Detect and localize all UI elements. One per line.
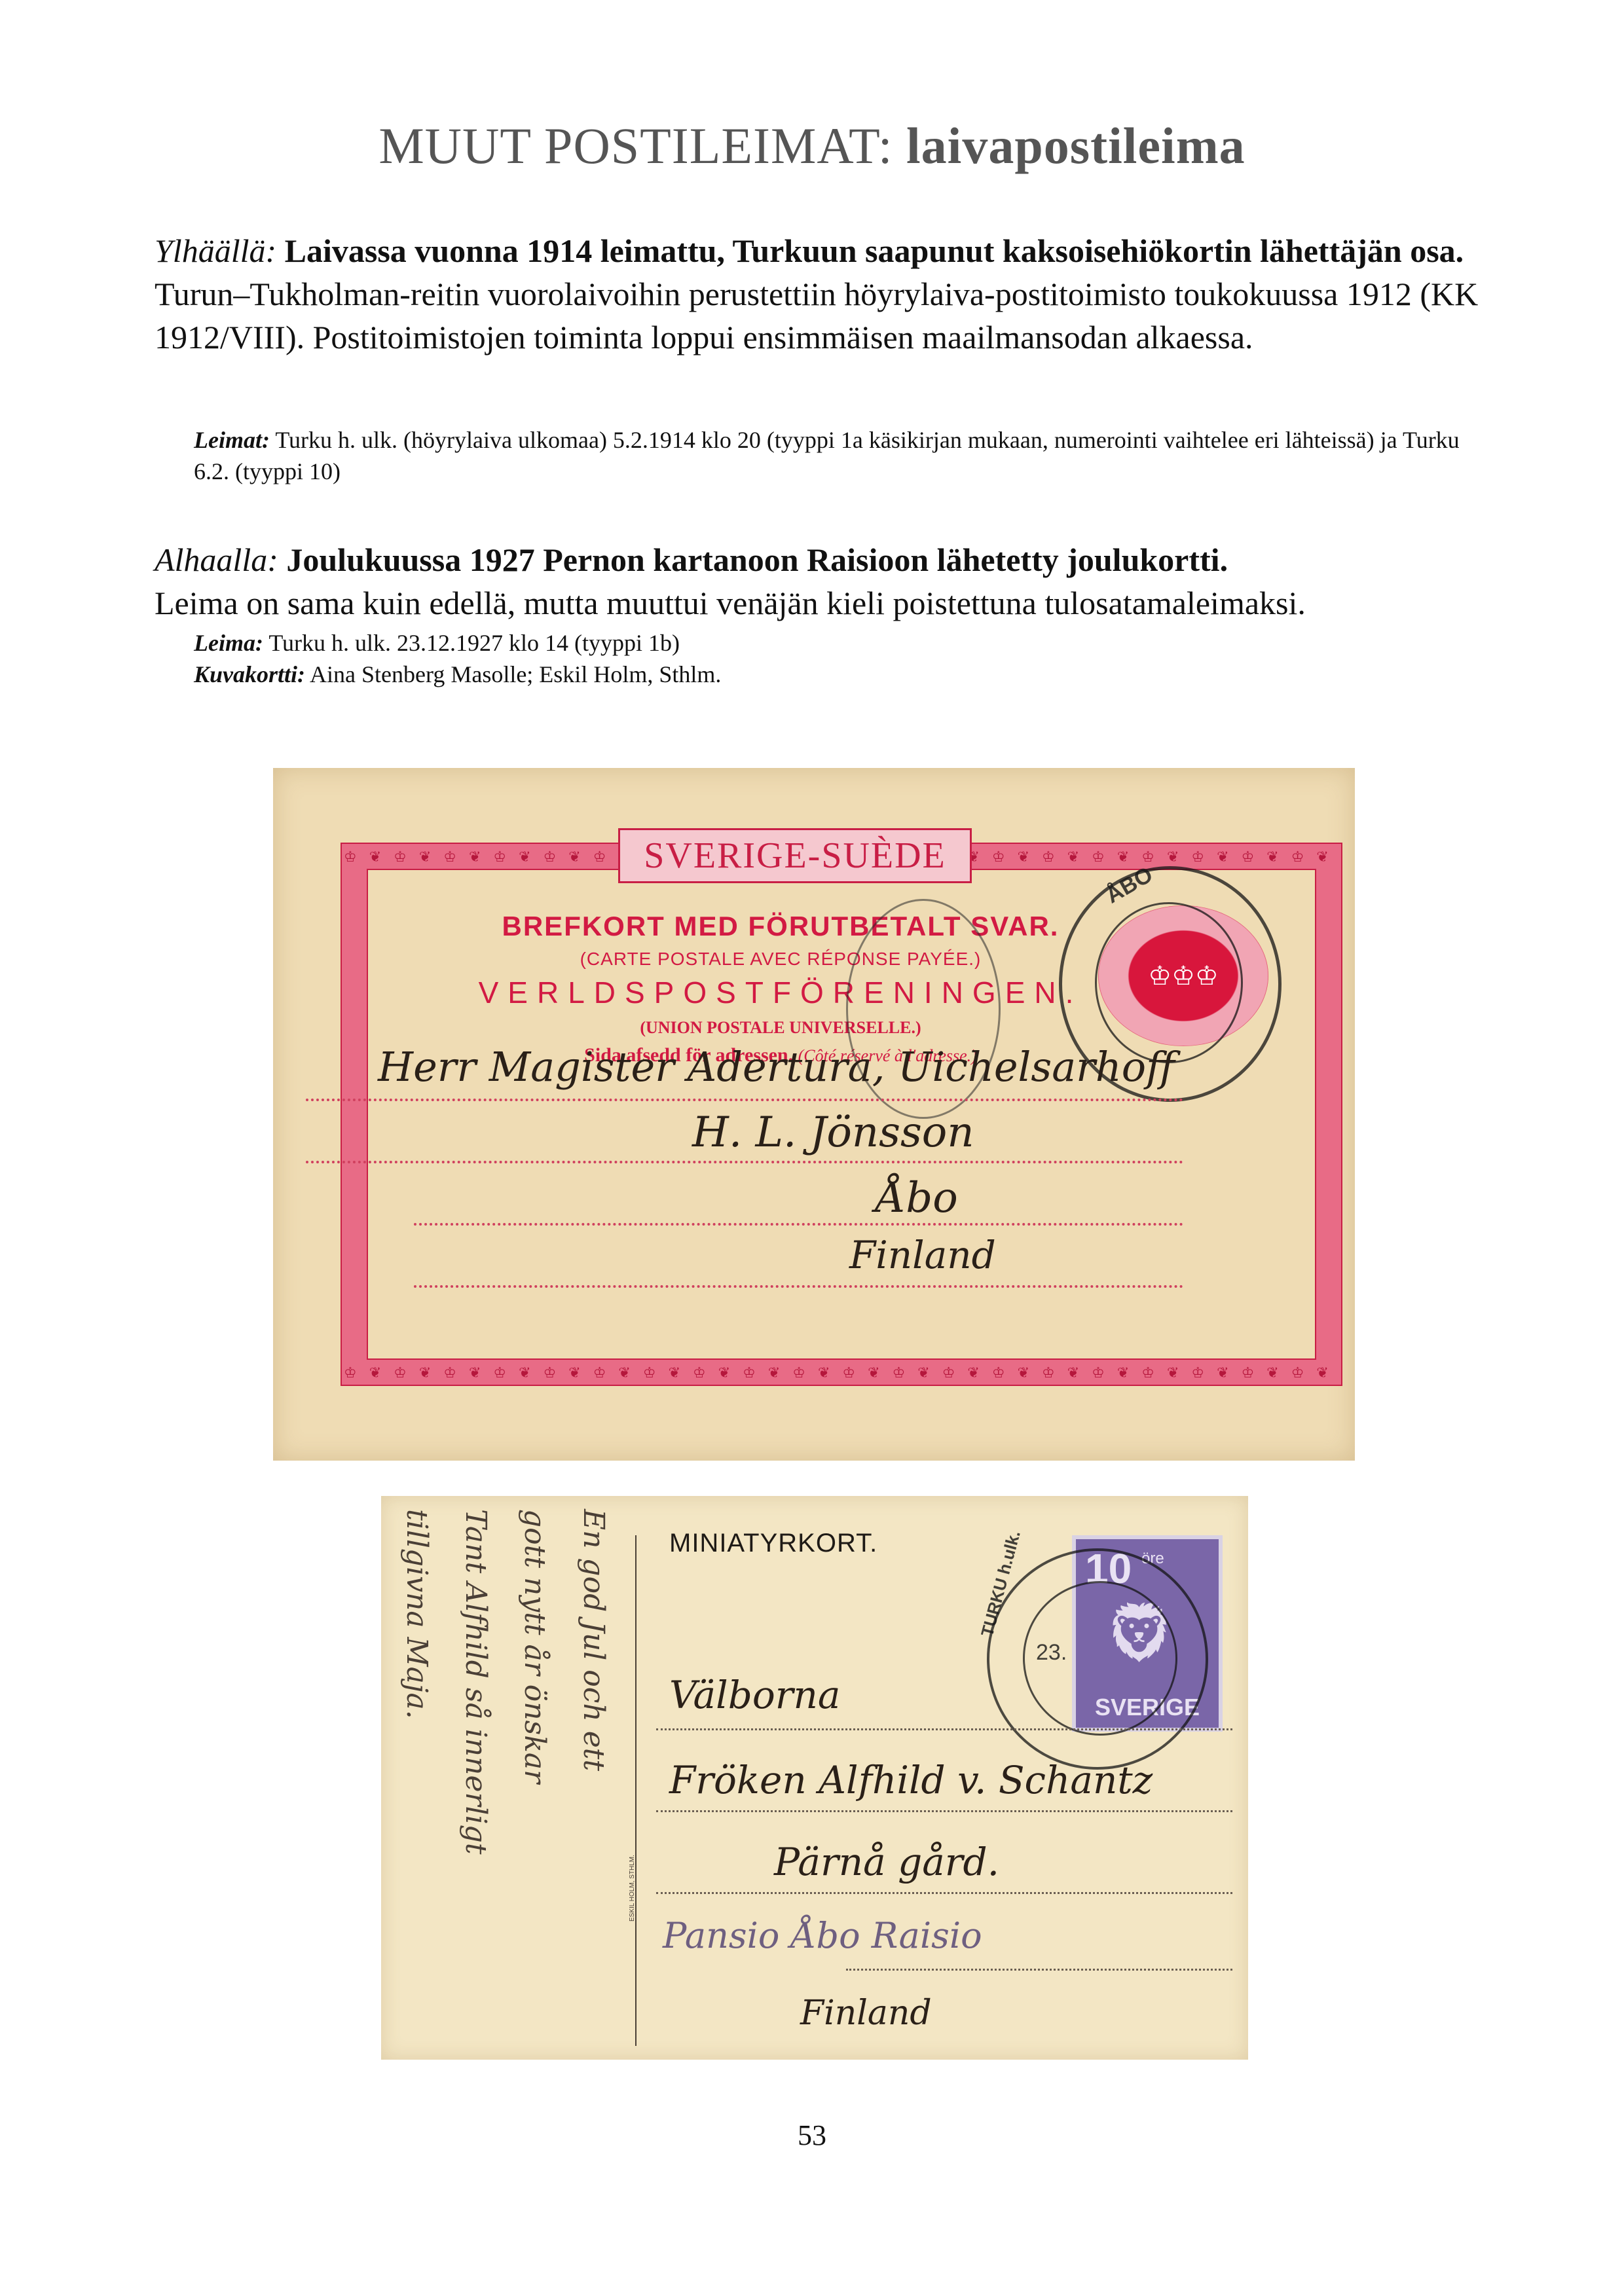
postmark-date: 23.: [1036, 1640, 1067, 1666]
address-line-4: [846, 1969, 1232, 1971]
greeting-line-4: tillgivna Maja.: [400, 1509, 434, 1719]
handwritten-address-line-4: Finland: [849, 1233, 996, 1277]
postcard-1927-image: MINIATYRKORT. ESKIL HOLM, STHLM. 10 öre …: [381, 1496, 1248, 2060]
address-line-3: [414, 1223, 1183, 1226]
card-union: VERLDSPOSTFÖRENINGEN.: [391, 975, 1170, 1010]
bottom-section-notes: Leima: Turku h. ulk. 23.12.1927 klo 14 (…: [194, 627, 1477, 690]
handwritten-address-line-3: Pärnå gård.: [774, 1840, 999, 1884]
page-number: 53: [0, 2119, 1624, 2152]
handwritten-address-line-1: Välborna: [669, 1673, 840, 1717]
greeting-line-1: En god Jul och ett: [577, 1509, 610, 1771]
top-note-text: Turku h. ulk. (höyrylaiva ulkomaa) 5.2.1…: [194, 427, 1460, 484]
card-printed-text: BREFKORT MED FÖRUTBETALT SVAR. (CARTE PO…: [391, 768, 1170, 1161]
handwritten-address-line-4: Pansio Åbo Raisio: [663, 1915, 982, 1956]
bottom-note-1-text: Turku h. ulk. 23.12.1927 klo 14 (tyyppi …: [268, 630, 680, 656]
handwritten-address-line-5: Finland: [800, 1994, 932, 2033]
top-section-body: Turun–Tukholman-reitin vuorolaivoihin pe…: [155, 276, 1478, 355]
bottom-section-headline: Joulukuussa 1927 Pernon kartanoon Raisio…: [286, 541, 1228, 578]
handwritten-address-line-1: Herr Magister Adertura, Uichelsarhoff: [378, 1043, 1175, 1091]
handwritten-greeting: En god Jul och ett gott nytt år önskar T…: [394, 1509, 630, 2046]
page-title-main: MUUT POSTILEIMAT:: [378, 117, 893, 174]
bottom-section-paragraph: Alhaalla: Joulukuussa 1927 Pernon kartan…: [155, 538, 1490, 625]
top-section-note: Leimat: Turku h. ulk. (höyrylaiva ulkoma…: [194, 424, 1477, 487]
message-divider-line: [635, 1535, 637, 2046]
page-title-suffix: laivapostileima: [906, 117, 1246, 174]
page-title: MUUT POSTILEIMAT: laivapostileima: [0, 117, 1624, 175]
handwritten-address-line-3: Åbo: [876, 1174, 958, 1222]
bottom-note-2-text: Aina Stenberg Masolle; Eskil Holm, Sthlm…: [310, 661, 721, 687]
postcard-1914-image: ♔ ❦ ♔ ❦ ♔ ❦ ♔ ❦ ♔ ❦ ♔ ❦ ♔ ❦ ♔ ❦ ♔ ❦ ♔ ❦ …: [273, 768, 1355, 1461]
handwritten-address-line-2: Fröken Alfhild v. Schantz: [669, 1758, 1153, 1802]
card-heading: BREFKORT MED FÖRUTBETALT SVAR.: [391, 911, 1170, 942]
bottom-note-1-label: Leima:: [194, 630, 263, 656]
top-section-lead: Ylhäällä:: [155, 232, 276, 269]
card-union-fr: (UNION POSTALE UNIVERSELLE.): [391, 1018, 1170, 1038]
address-line-3: [656, 1892, 1232, 1894]
greeting-line-2: gott nytt år önskar: [518, 1509, 551, 1783]
bottom-note-1: Leima: Turku h. ulk. 23.12.1927 klo 14 (…: [194, 627, 1477, 659]
address-line-1: [656, 1728, 1232, 1730]
bottom-section-lead: Alhaalla:: [155, 541, 278, 578]
postmark-turku-inner-ring: [1095, 902, 1243, 1063]
card-heading-fr: (CARTE POSTALE AVEC RÉPONSE PAYÉE.): [391, 949, 1170, 970]
bottom-section-body: Leima on sama kuin edellä, mutta muuttui…: [155, 585, 1306, 621]
top-section-headline: Laivassa vuonna 1914 leimattu, Turkuun s…: [285, 232, 1464, 269]
greeting-line-3: Tant Alfhild så innerligt: [459, 1509, 492, 1855]
top-section-paragraph: Ylhäällä: Laivassa vuonna 1914 leimattu,…: [155, 229, 1490, 359]
top-note-label: Leimat:: [194, 427, 270, 453]
crown-ornament-bottom: ♔ ❦ ♔ ❦ ♔ ❦ ♔ ❦ ♔ ❦ ♔ ❦ ♔ ❦ ♔ ❦ ♔ ❦ ♔ ❦ …: [344, 1365, 1339, 1381]
card-type-label: MINIATYRKORT.: [669, 1529, 877, 1558]
address-line-2: [306, 1161, 1183, 1163]
handwritten-address-line-2: H. L. Jönsson: [692, 1108, 974, 1157]
address-line-4: [414, 1285, 1183, 1288]
address-line-1: [306, 1099, 1183, 1101]
address-line-2: [656, 1810, 1232, 1812]
bottom-note-2: Kuvakortti: Aina Stenberg Masolle; Eskil…: [194, 659, 1477, 690]
bottom-note-2-label: Kuvakortti:: [194, 661, 305, 687]
